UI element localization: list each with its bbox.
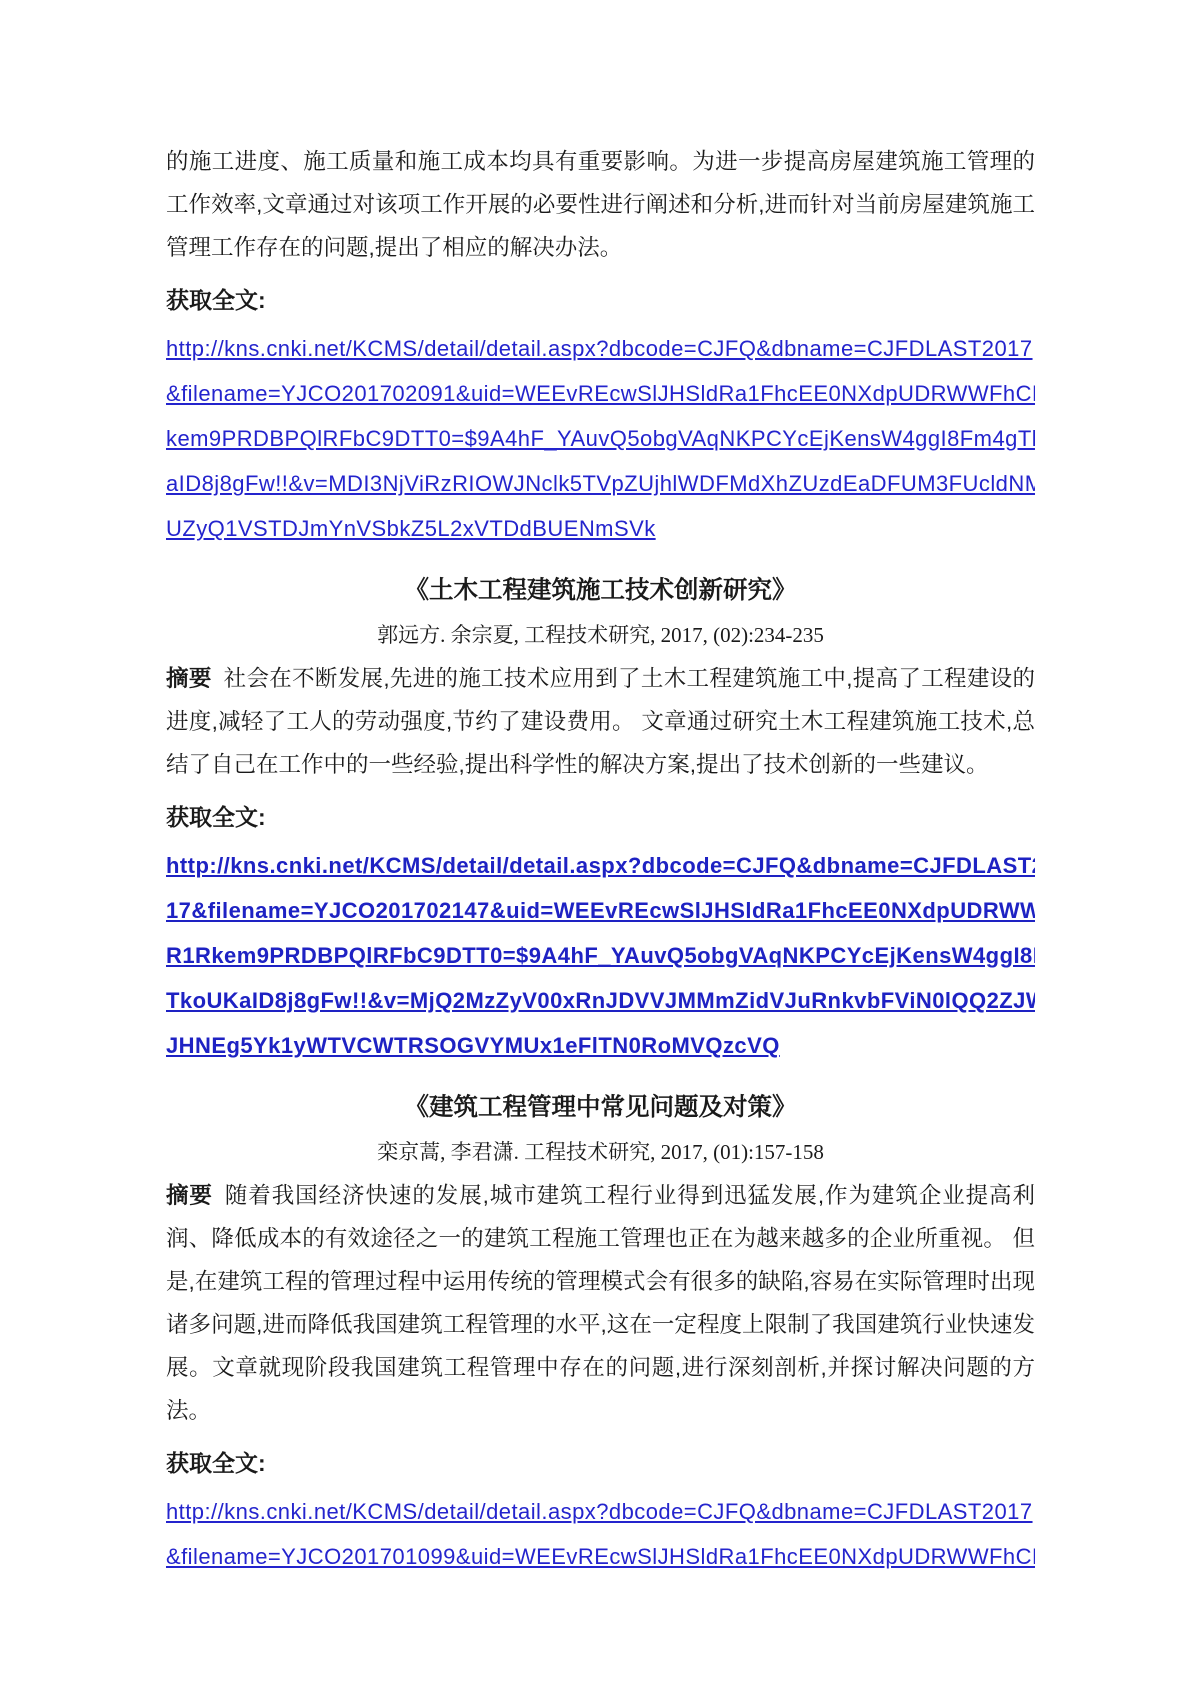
- url-line[interactable]: http://kns.cnki.net/KCMS/detail/detail.a…: [166, 326, 1035, 371]
- fulltext-url-1: http://kns.cnki.net/KCMS/detail/detail.a…: [166, 326, 1035, 551]
- paper-title-2: 《土木工程建筑施工技术创新研究》: [166, 573, 1035, 609]
- url-line[interactable]: 17&filename=YJCO201702147&uid=WEEvREcwSl…: [166, 888, 1035, 933]
- fulltext-label-2: 获取全文:: [166, 797, 1035, 837]
- url-line[interactable]: http://kns.cnki.net/KCMS/detail/detail.a…: [166, 1489, 1035, 1534]
- abstract-text: 随着我国经济快速的发展,城市建筑工程行业得到迅猛发展,作为建筑企业提高利润、降低…: [166, 1183, 1035, 1423]
- url-line[interactable]: &filename=YJCO201702091&uid=WEEvREcwSlJH…: [166, 371, 1035, 416]
- url-line[interactable]: JHNEg5Yk1yWTVCWTRSOGVYMUx1eFlTN0RoMVQzcV…: [166, 1023, 1035, 1068]
- abstract-label: 摘要: [166, 1183, 213, 1208]
- document-page: 的施工进度、施工质量和施工成本均具有重要影响。为进一步提高房屋建筑施工管理的工作…: [0, 0, 1191, 1684]
- url-line[interactable]: R1Rkem9PRDBPQlRFbC9DTT0=$9A4hF_YAuvQ5obg…: [166, 933, 1035, 978]
- paper-citation-3: 栾京蒿, 李君潇. 工程技术研究, 2017, (01):157-158: [166, 1136, 1035, 1168]
- fulltext-label-1: 获取全文:: [166, 280, 1035, 320]
- url-line[interactable]: &filename=YJCO201701099&uid=WEEvREcwSlJH…: [166, 1534, 1035, 1579]
- abstract-label: 摘要: [166, 666, 212, 691]
- url-line[interactable]: aID8j8gFw!!&v=MDI3NjViRzRIOWJNclk5TVpZUj…: [166, 461, 1035, 506]
- url-line[interactable]: kem9PRDBPQlRFbC9DTT0=$9A4hF_YAuvQ5obgVAq…: [166, 416, 1035, 461]
- fulltext-url-2: http://kns.cnki.net/KCMS/detail/detail.a…: [166, 843, 1035, 1068]
- abstract-text: 社会在不断发展,先进的施工技术应用到了土木工程建筑施工中,提高了工程建设的进度,…: [166, 666, 1035, 777]
- fulltext-label-3: 获取全文:: [166, 1443, 1035, 1483]
- previous-abstract-tail: 的施工进度、施工质量和施工成本均具有重要影响。为进一步提高房屋建筑施工管理的工作…: [166, 140, 1035, 269]
- url-line[interactable]: http://kns.cnki.net/KCMS/detail/detail.a…: [166, 843, 1035, 888]
- url-line[interactable]: TkoUKaID8j8gFw!!&v=MjQ2MzZyV00xRnJDVVJMM…: [166, 978, 1035, 1023]
- url-line[interactable]: UZyQ1VSTDJmYnVSbkZ5L2xVTDdBUENmSVk: [166, 506, 1035, 551]
- paper-title-3: 《建筑工程管理中常见问题及对策》: [166, 1090, 1035, 1126]
- paper-abstract-3: 摘要随着我国经济快速的发展,城市建筑工程行业得到迅猛发展,作为建筑企业提高利润、…: [166, 1174, 1035, 1432]
- paper-citation-2: 郭远方. 余宗夏, 工程技术研究, 2017, (02):234-235: [166, 619, 1035, 651]
- paper-abstract-2: 摘要社会在不断发展,先进的施工技术应用到了土木工程建筑施工中,提高了工程建设的进…: [166, 657, 1035, 786]
- fulltext-url-3: http://kns.cnki.net/KCMS/detail/detail.a…: [166, 1489, 1035, 1579]
